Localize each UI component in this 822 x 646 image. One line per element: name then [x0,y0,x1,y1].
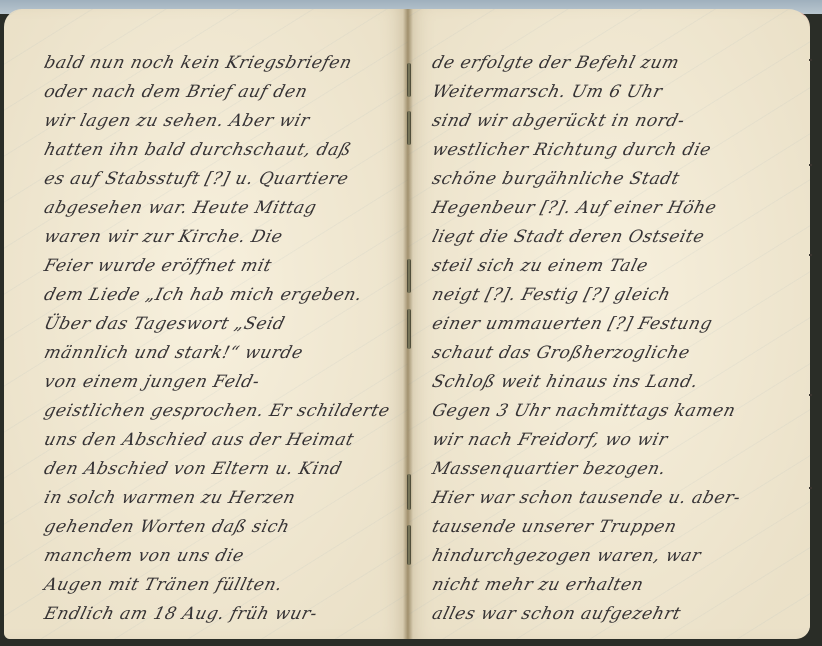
handwritten-line: westlicher Richtung durch die [430,140,713,160]
handwritten-line: hatten ihn bald durchschaut, daß [42,140,354,160]
handwritten-line: schaut das Großherzogliche [430,343,692,363]
handwritten-line: in solch warmen zu Herzen [42,488,298,508]
page-edge-mark [809,254,812,256]
handwritten-line: abgesehen war. Heute Mittag [42,198,319,218]
handwritten-line: neigt [?]. Festig [?] gleich [430,285,673,305]
left-page-lines: bald nun noch kein Kriegsbriefen oder na… [4,9,408,639]
handwritten-line: männlich und stark!“ wurde [42,343,305,363]
handwritten-line: nicht mehr zu erhalten [430,575,646,595]
handwritten-line: steil sich zu einem Tale [430,256,650,276]
binding-stitch [407,309,411,349]
handwritten-line: bald nun noch kein Kriegsbriefen [42,53,354,73]
page-edge-mark [809,487,812,489]
handwritten-line: einer ummauerten [?] Festung [430,314,715,334]
handwritten-line: geistlichen gesprochen. Er schilderte [42,401,392,421]
handwritten-line: schöne burgähnliche Stadt [430,169,682,189]
handwritten-line: den Abschied von Eltern u. Kind [42,459,344,479]
handwritten-line: wir lagen zu sehen. Aber wir [42,111,312,131]
handwritten-line: uns den Abschied aus der Heimat [42,430,356,450]
handwritten-line: Augen mit Tränen füllten. [42,575,285,595]
notebook-spread: bald nun noch kein Kriegsbriefen oder na… [4,9,816,639]
handwritten-line: alles war schon aufgezehrt [430,604,683,624]
handwritten-line: Hier war schon tausende u. aber- [430,488,743,508]
binding-stitch [407,111,411,145]
binding-stitch [407,474,411,510]
handwritten-line: von einem jungen Feld- [42,372,262,392]
handwritten-line: Hegenbeur [?]. Auf einer Höhe [430,198,719,218]
handwritten-line: Weitermarsch. Um 6 Uhr [430,82,665,102]
handwritten-line: Über das Tageswort „Seid [42,314,287,334]
left-page: bald nun noch kein Kriegsbriefen oder na… [4,9,408,639]
page-edge-mark [809,164,812,166]
handwritten-line: wir nach Freidorf, wo wir [430,430,670,450]
handwritten-line: Schloß weit hinaus ins Land. [430,372,700,392]
handwritten-line: Feier wurde eröffnet mit [42,256,274,276]
binding-stitch [407,525,411,565]
handwritten-line: dem Liede „Ich hab mich ergeben. [42,285,364,305]
handwritten-line: sind wir abgerückt in nord- [430,111,687,131]
handwritten-line: oder nach dem Brief auf den [42,82,310,102]
handwritten-line: Endlich am 18 Aug. früh wur- [42,604,319,624]
right-page: de erfolgte der Befehl zum Weitermarsch.… [408,9,810,639]
handwritten-line: liegt die Stadt deren Ostseite [430,227,707,247]
scan-background: bald nun noch kein Kriegsbriefen oder na… [0,0,822,646]
handwritten-line: Massenquartier bezogen. [430,459,668,479]
handwritten-line: gehenden Worten daß sich [42,517,292,537]
handwritten-line: tausende unserer Truppen [430,517,679,537]
handwritten-line: hindurchgezogen waren, war [430,546,703,566]
handwritten-line: manchem von uns die [42,546,246,566]
binding-stitch [407,63,411,97]
handwritten-line: Gegen 3 Uhr nachmittags kamen [430,401,738,421]
binding-stitch [407,259,411,293]
handwritten-line: de erfolgte der Befehl zum [430,53,681,73]
page-edge-mark [809,394,812,396]
right-page-lines: de erfolgte der Befehl zum Weitermarsch.… [408,9,810,639]
handwritten-line: es auf Stabsstuft [?] u. Quartiere [42,169,351,189]
page-edge-mark [809,59,812,61]
handwritten-line: waren wir zur Kirche. Die [42,227,285,247]
